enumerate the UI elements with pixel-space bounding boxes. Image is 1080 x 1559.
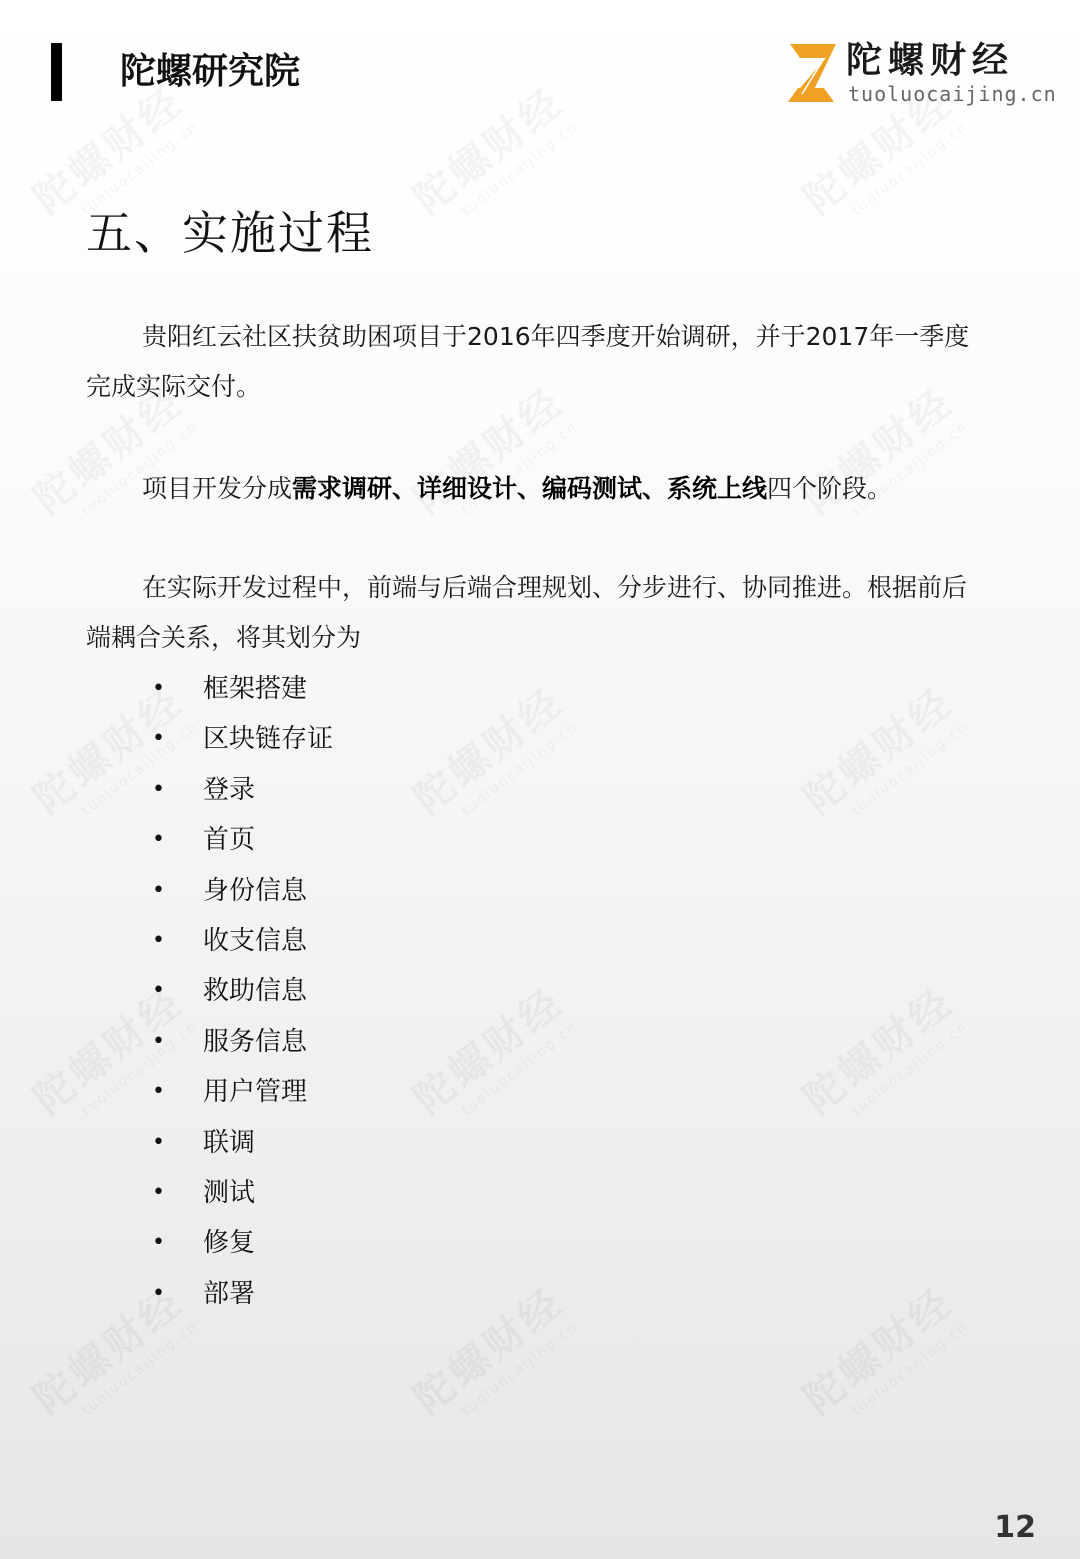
watermark: 陀螺财经tuoluocaijing.cn [400, 72, 584, 238]
watermark: 陀螺财经tuoluocaijing.cn [400, 672, 584, 838]
watermark: 陀螺财经tuoluocaijing.cn [790, 972, 974, 1138]
logo-url: tuoluocaijing.cn [848, 82, 1057, 106]
paragraph-division: 在实际开发过程中，前端与后端合理规划、分步进行、协同推进。根据前后端耦合关系，将… [86, 563, 991, 663]
bullet-icon: • [152, 1269, 172, 1319]
bullet-icon: • [152, 1168, 172, 1218]
bullet-icon: • [152, 916, 172, 966]
watermark: 陀螺财经tuoluocaijing.cn [400, 1272, 584, 1438]
bullet-icon: • [152, 765, 172, 815]
bullet-icon: • [152, 664, 172, 714]
bullet-icon: • [152, 714, 172, 764]
brand-logo: 陀螺财经 tuoluocaijing.cn [786, 42, 1026, 108]
logo-name: 陀螺财经 [846, 40, 1014, 82]
watermark: 陀螺财经tuoluocaijing.cn [400, 972, 584, 1138]
watermark: 陀螺财经tuoluocaijing.cn [20, 972, 204, 1138]
watermark: 陀螺财经tuoluocaijing.cn [20, 672, 204, 838]
bullet-icon: • [152, 1017, 172, 1067]
bullet-icon: • [152, 1218, 172, 1268]
phases-emphasis: 需求调研、详细设计、编码测试、系统上线 [292, 474, 767, 503]
bullet-icon: • [152, 815, 172, 865]
section-title: 五、实施过程 [86, 202, 374, 264]
watermark: 陀螺财经tuoluocaijing.cn [790, 672, 974, 838]
paragraph-timeline: 贵阳红云社区扶贫助困项目于2016年四季度开始调研，并于2017年一季度完成实际… [86, 312, 991, 412]
header-title: 陀螺研究院 [120, 48, 300, 96]
paragraph-phases: 项目开发分成需求调研、详细设计、编码测试、系统上线四个阶段。 [86, 464, 991, 514]
bullet-icon: • [152, 866, 172, 916]
z-logo-icon [786, 42, 838, 104]
bullet-icon: • [152, 966, 172, 1016]
watermark: 陀螺财经tuoluocaijing.cn [790, 1272, 974, 1438]
header-accent-bar [51, 43, 62, 101]
page-number: 12 [994, 1510, 1036, 1545]
bullet-icon: • [152, 1067, 172, 1117]
bullet-icon: • [152, 1118, 172, 1168]
watermark: 陀螺财经tuoluocaijing.cn [20, 1272, 204, 1438]
